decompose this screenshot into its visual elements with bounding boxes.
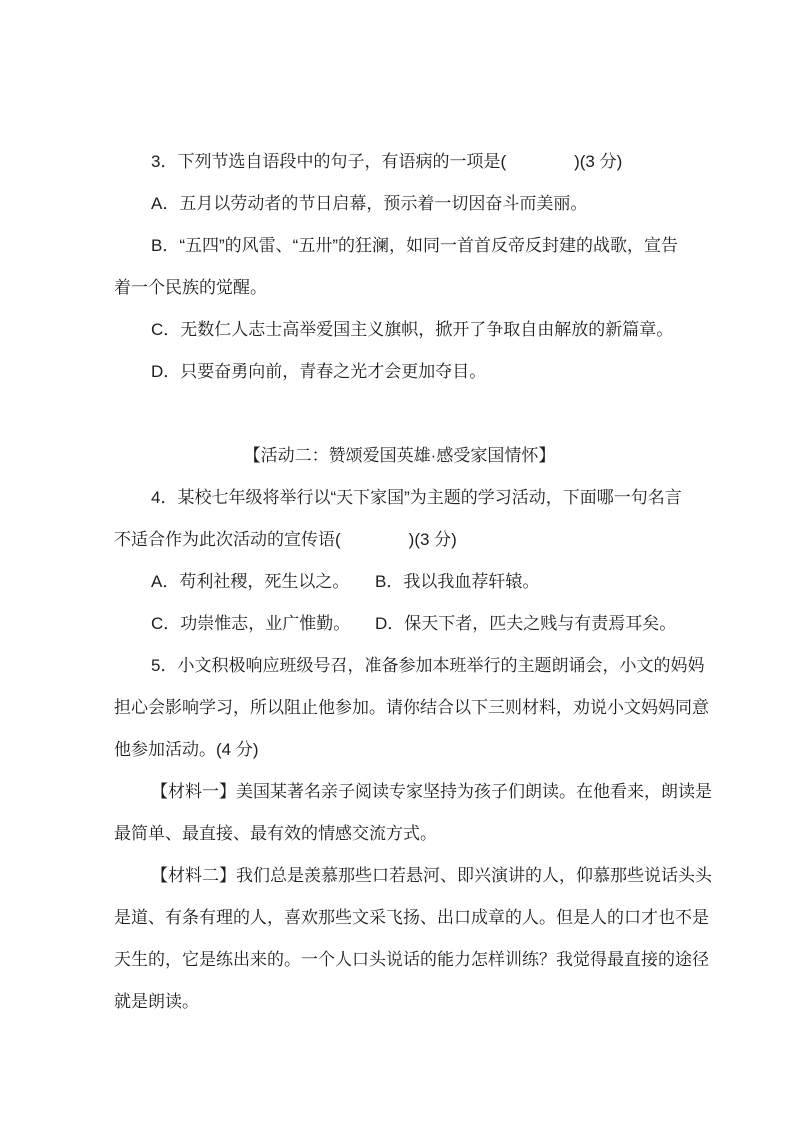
blank-line [114,393,685,435]
q5-stem-line2: 担心会影响学习，所以阻止他参加。请你结合以下三则材料，劝说小文妈妈同意 [114,687,685,729]
q3-stem: 3．下列节选自语段中的句子，有语病的一项是( )(3 分) [114,141,685,183]
q5-stem-line3: 他参加活动。(4 分) [114,729,685,771]
q4-options-row-cd: C．功崇惟志，业广惟勤。D．保天下者，匹夫之贱与有责焉耳矣。 [114,603,685,645]
q3-option-b-line2: 着一个民族的觉醒。 [114,267,685,309]
q5-material2-line1: 【材料二】我们总是羡慕那些口若悬河、即兴演讲的人，仰慕那些说话头头 [114,855,685,897]
q5-material2-line4: 就是朗读。 [114,981,685,1023]
q4-option-d: D．保天下者，匹夫之贱与有责焉耳矣。 [375,614,676,633]
activity2-section-header: 【活动二：赞颂爱国英雄·感受家国情怀】 [114,435,685,477]
q3-option-d: D．只要奋勇向前，青春之光才会更加夺目。 [114,351,685,393]
q4-option-b: B．我以我血荐轩辕。 [375,572,539,591]
q5-material1-line2: 最简单、最直接、最有效的情感交流方式。 [114,813,685,855]
q5-material2-line3: 天生的，它是练出来的。一个人口头说话的能力怎样训练？我觉得最直接的途径 [114,939,685,981]
q3-option-b-line1: B．“五四”的风雷、“五卅”的狂澜，如同一首首反帝反封建的战歌，宣告 [114,225,685,267]
q4-options-row-ab: A．苟利社稷，死生以之。B．我以我血荐轩辕。 [114,561,685,603]
q5-material2-line2: 是道、有条有理的人，喜欢那些文采飞扬、出口成章的人。但是人的口才也不是 [114,897,685,939]
q3-option-a: A．五月以劳动者的节日启幕，预示着一切因奋斗而美丽。 [114,183,685,225]
q5-material1-line1: 【材料一】美国某著名亲子阅读专家坚持为孩子们朗读。在他看来，朗读是 [114,771,685,813]
q4-stem-line1: 4．某校七年级将举行以“天下家国”为主题的学习活动，下面哪一句名言 [114,477,685,519]
q4-option-a: A．苟利社稷，死生以之。 [151,561,375,603]
q4-stem-line2: 不适合作为此次活动的宣传语( )(3 分) [114,519,685,561]
document-page: 3．下列节选自语段中的句子，有语病的一项是( )(3 分) A．五月以劳动者的节… [0,0,793,1122]
q3-option-c: C．无数仁人志士高举爱国主义旗帜，掀开了争取自由解放的新篇章。 [114,309,685,351]
q5-stem-line1: 5．小文积极响应班级号召，准备参加本班举行的主题朗诵会，小文的妈妈 [114,645,685,687]
exam-content: 3．下列节选自语段中的句子，有语病的一项是( )(3 分) A．五月以劳动者的节… [0,0,793,1122]
q4-option-c: C．功崇惟志，业广惟勤。 [151,603,375,645]
